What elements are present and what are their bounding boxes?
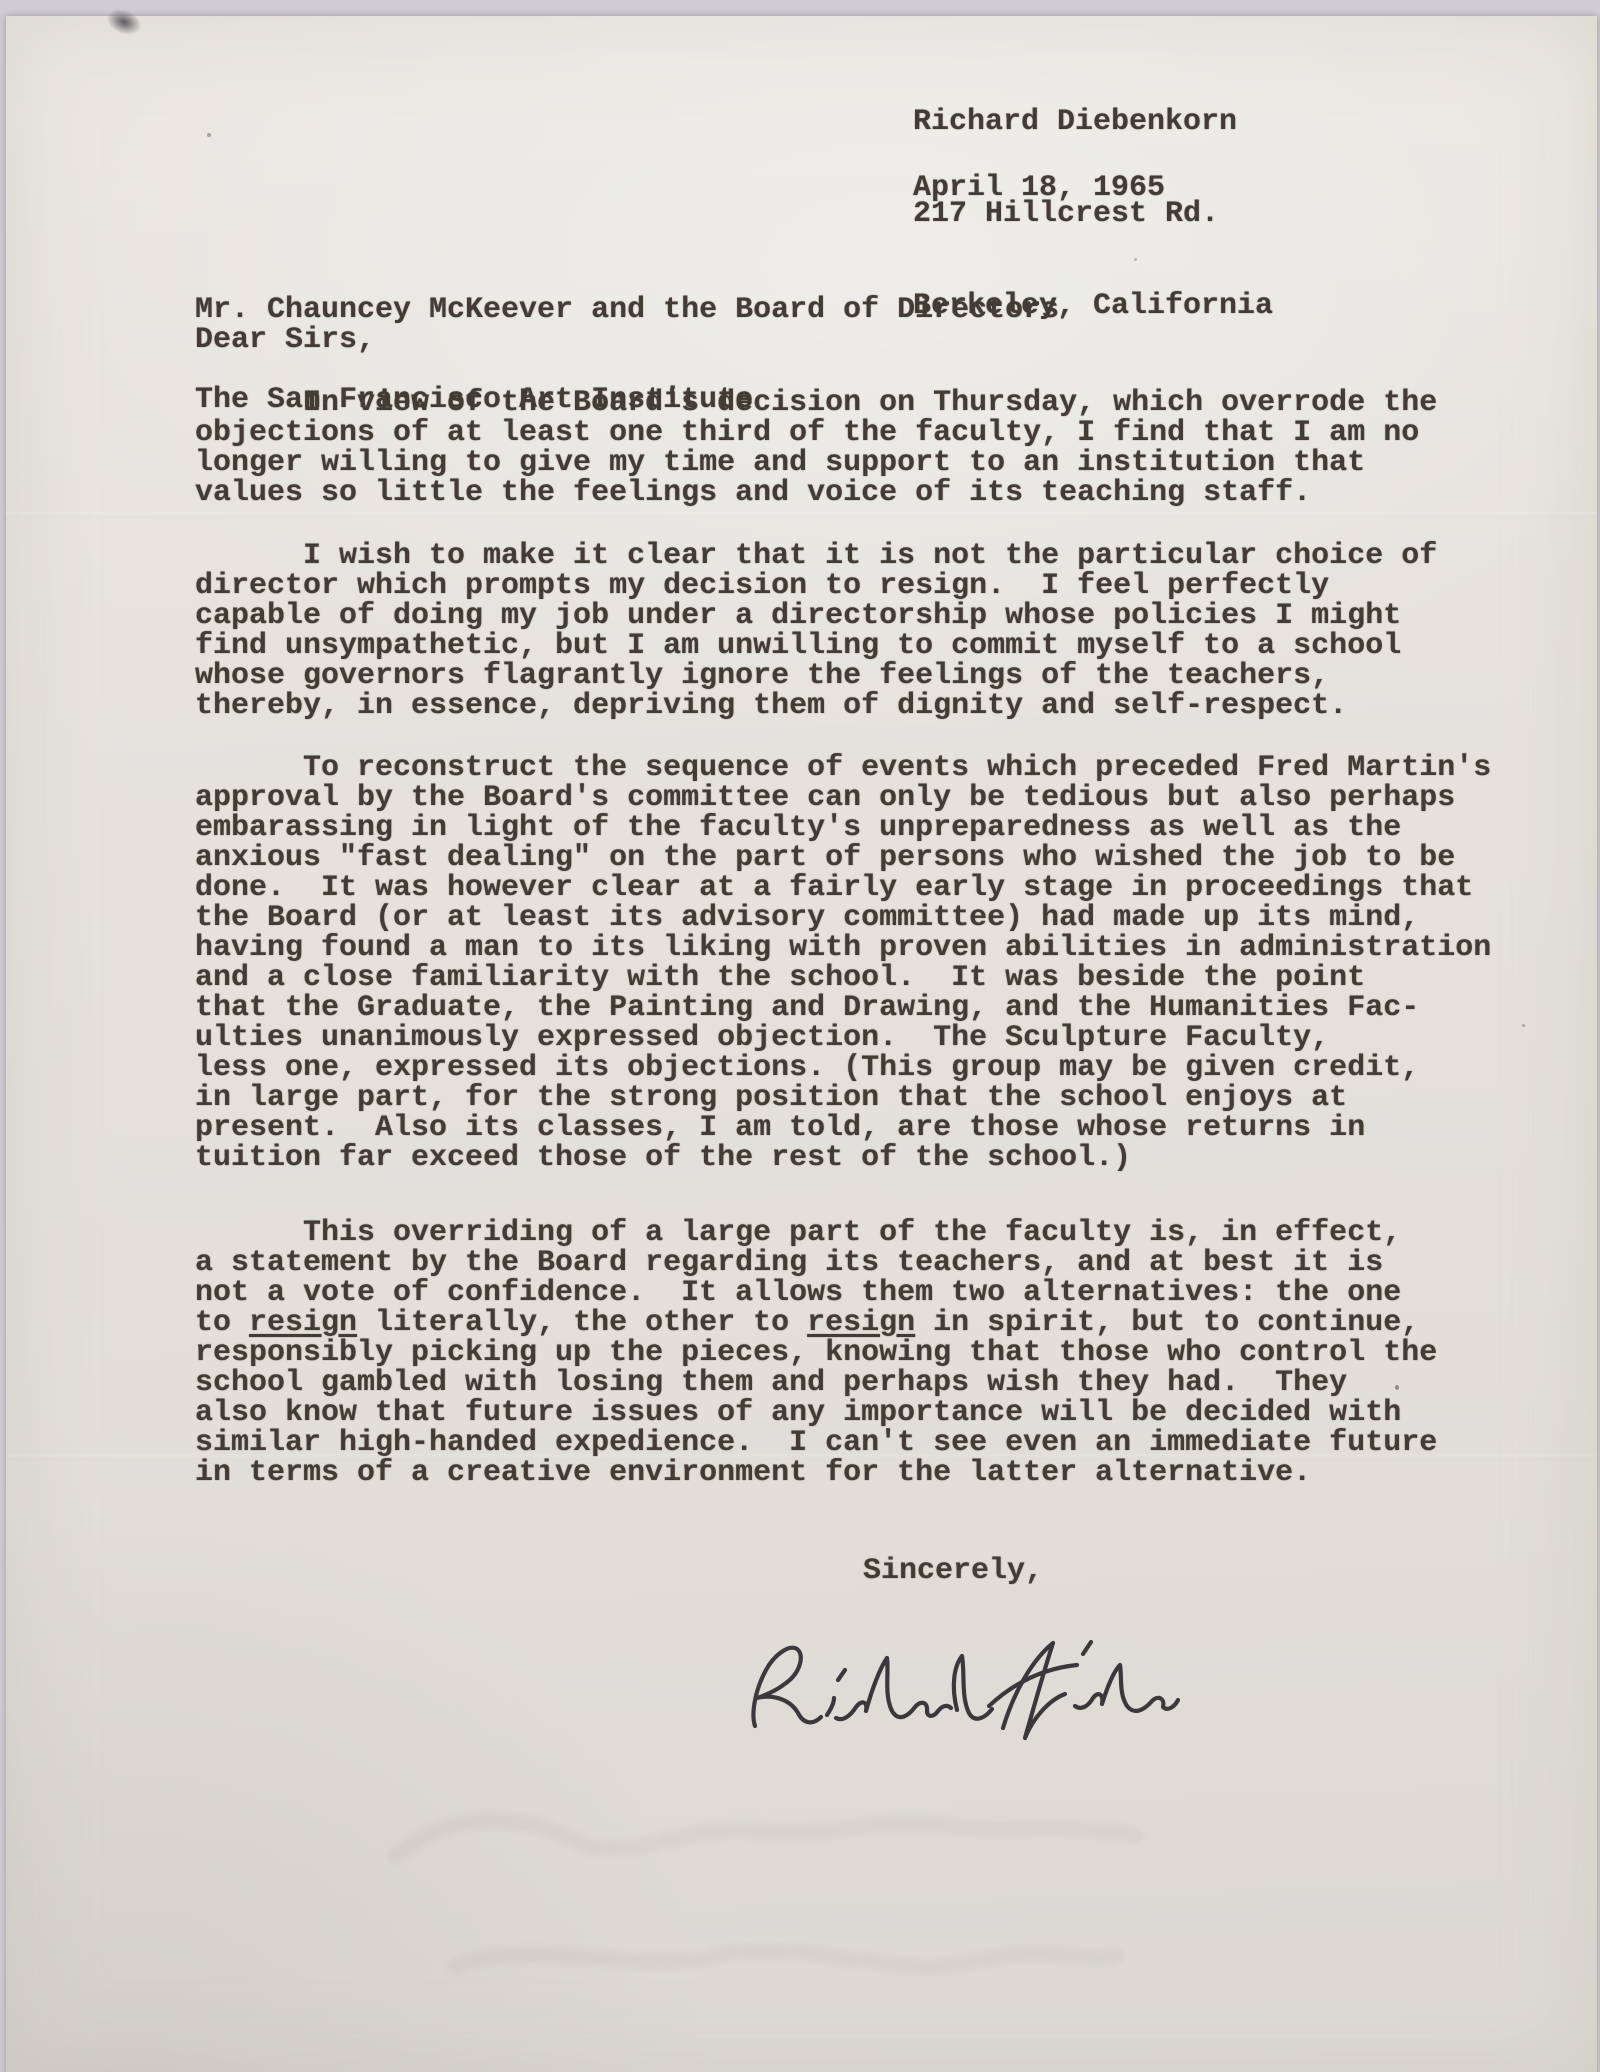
- letter-line: To reconstruct the sequence of events wh…: [195, 753, 1491, 783]
- letter-line: that the Graduate, the Painting and Draw…: [195, 993, 1491, 1023]
- letter-paper: Richard Diebenkorn 217 Hillcrest Rd. Ber…: [6, 16, 1597, 2072]
- letter-line: to resign literally, the other to resign…: [195, 1308, 1437, 1338]
- closing: Sincerely,: [863, 1556, 1043, 1586]
- letter-line: similar high-handed expedience. I can't …: [195, 1428, 1437, 1458]
- underlined-word: resign: [249, 1306, 357, 1340]
- letter-line: This overriding of a large part of the f…: [195, 1218, 1437, 1248]
- letter-date: April 18, 1965: [913, 173, 1165, 203]
- letter-line: present. Also its classes, I am told, ar…: [195, 1113, 1491, 1143]
- letter-line: director which prompts my decision to re…: [195, 571, 1437, 601]
- letter-line: ulties unanimously expressed objection. …: [195, 1023, 1491, 1053]
- ghost-writing: [336, 1786, 1196, 2016]
- letter-line: in terms of a creative environment for t…: [195, 1458, 1437, 1488]
- letter-line: approval by the Board's committee can on…: [195, 783, 1491, 813]
- paragraph: In view of the Board's decision on Thurs…: [195, 388, 1437, 508]
- letter-line: find unsympathetic, but I am unwilling t…: [195, 631, 1437, 661]
- letter-line: having found a man to its liking with pr…: [195, 933, 1491, 963]
- letter-line: thereby, in essence, depriving them of d…: [195, 691, 1437, 721]
- letter-line: In view of the Board's decision on Thurs…: [195, 388, 1437, 418]
- letter-line: not a vote of confidence. It allows them…: [195, 1278, 1437, 1308]
- letter-line: values so little the feelings and voice …: [195, 478, 1437, 508]
- scanned-letter-page: { "letter": { "sender_block": ["Richard …: [0, 0, 1600, 2072]
- letter-line: school gambled with losing them and perh…: [195, 1368, 1437, 1398]
- line-segment: to: [195, 1306, 249, 1340]
- letter-line: capable of doing my job under a director…: [195, 601, 1437, 631]
- letter-line: anxious "fast dealing" on the part of pe…: [195, 843, 1491, 873]
- letter-line: longer willing to give my time and suppo…: [195, 448, 1437, 478]
- paragraph: To reconstruct the sequence of events wh…: [195, 753, 1491, 1173]
- letter-line: I wish to make it clear that it is not t…: [195, 541, 1437, 571]
- letter-line: objections of at least one third of the …: [195, 418, 1437, 448]
- letter-line: responsibly picking up the pieces, knowi…: [195, 1338, 1437, 1368]
- dust-speck: [207, 133, 211, 137]
- paragraph: I wish to make it clear that it is not t…: [195, 541, 1437, 721]
- line-segment: literally, the other to: [357, 1306, 807, 1340]
- salutation: Dear Sirs,: [195, 325, 375, 355]
- letter-line: less one, expressed its objections. (Thi…: [195, 1053, 1491, 1083]
- paragraph: This overriding of a large part of the f…: [195, 1218, 1437, 1488]
- signature: [741, 1620, 1181, 1760]
- letter-line: the Board (or at least its advisory comm…: [195, 903, 1491, 933]
- recipient-line: Mr. Chauncey McKeever and the Board of D…: [195, 295, 1059, 325]
- sender-name: Richard Diebenkorn: [913, 107, 1273, 137]
- letter-line: embarassing in light of the faculty's un…: [195, 813, 1491, 843]
- letter-line: whose governors flagrantly ignore the fe…: [195, 661, 1437, 691]
- underlined-word: resign: [807, 1306, 915, 1340]
- letter-line: also know that future issues of any impo…: [195, 1398, 1437, 1428]
- scan-smudge: [103, 5, 145, 40]
- paper-crease: [6, 512, 1597, 518]
- letter-line: done. It was however clear at a fairly e…: [195, 873, 1491, 903]
- letter-line: in large part, for the strong position t…: [195, 1083, 1491, 1113]
- dust-speck: [1522, 1024, 1525, 1027]
- letter-line: and a close familiarity with the school.…: [195, 963, 1491, 993]
- letter-line: tuition far exceed those of the rest of …: [195, 1143, 1491, 1173]
- letter-line: a statement by the Board regarding its t…: [195, 1248, 1437, 1278]
- line-segment: in spirit, but to continue,: [915, 1306, 1419, 1340]
